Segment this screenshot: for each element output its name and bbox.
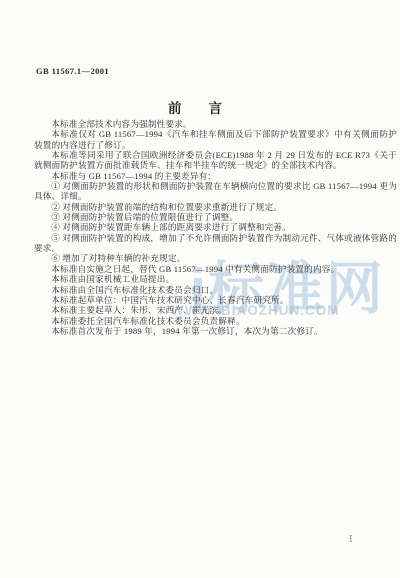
foreword-paragraph: ⑥ 增加了对特种车辆的补充规定。 — [34, 253, 397, 263]
page-title: 前 言 — [0, 97, 390, 117]
foreword-paragraph: 本标准委托全国汽车标准化技术委员会负责解释。 — [34, 316, 397, 326]
foreword-paragraph: 本标准与 GB 11567—1994 的主要差异有： — [34, 171, 397, 181]
foreword-paragraph: ② 对侧面防护装置前端的结构和位置要求重新进行了规定。 — [34, 202, 397, 212]
foreword-paragraph: ⑤ 对侧面防护装置的构成，增加了不允许侧面防护装置作为制动元件、气体或液体管路的… — [34, 233, 397, 254]
foreword-paragraph: 本标准仅对 GB 11567—1994《汽车和挂车侧面及后下部防护装置要求》中有… — [34, 129, 397, 150]
foreword-paragraph: 本标准全部技术内容为强制性要求。 — [34, 119, 397, 129]
foreword-paragraph: ① 对侧面防护装置的形状和侧面防护装置在车辆横向位置的要求比 GB 11567—… — [34, 181, 397, 202]
standard-code-header: GB 11567.1—2001 — [36, 66, 109, 76]
foreword-paragraph: 本标准由全国汽车标准化技术委员会归口。 — [34, 285, 397, 295]
foreword-body: 本标准全部技术内容为强制性要求。本标准仅对 GB 11567—1994《汽车和挂… — [34, 119, 397, 336]
foreword-paragraph: 本标准由国家机械工业局提出。 — [34, 274, 397, 284]
foreword-paragraph: ③ 对侧面防护装置后端的位置限值进行了调整。 — [34, 212, 397, 222]
foreword-paragraph: 本标准起草单位：中国汽车技术研究中心、长春汽车研究所。 — [34, 295, 397, 305]
foreword-paragraph: 本标准自实施之日起，替代 GB 11567—1994 中有关侧面防护装置的内容。 — [34, 264, 397, 274]
foreword-paragraph: 本标准等同采用了联合国欧洲经济委员会(ECE)1988 年 2 月 29 日发布… — [34, 150, 397, 171]
page-number: Ⅰ — [349, 534, 353, 545]
foreword-paragraph: ④ 对侧面防护装置距车辆上部的距离要求进行了调整和完善。 — [34, 222, 397, 232]
foreword-paragraph: 本标准主要起草人：朱彤、宋西产、崔光滨。 — [34, 305, 397, 315]
foreword-paragraph: 本标准首次发布于 1989 年，1994 年第一次修订，本次为第二次修订。 — [34, 326, 397, 336]
document-page: i标准网 WWW.IBIAOZHUN.COM GB 11567.1—2001 前… — [0, 0, 400, 578]
